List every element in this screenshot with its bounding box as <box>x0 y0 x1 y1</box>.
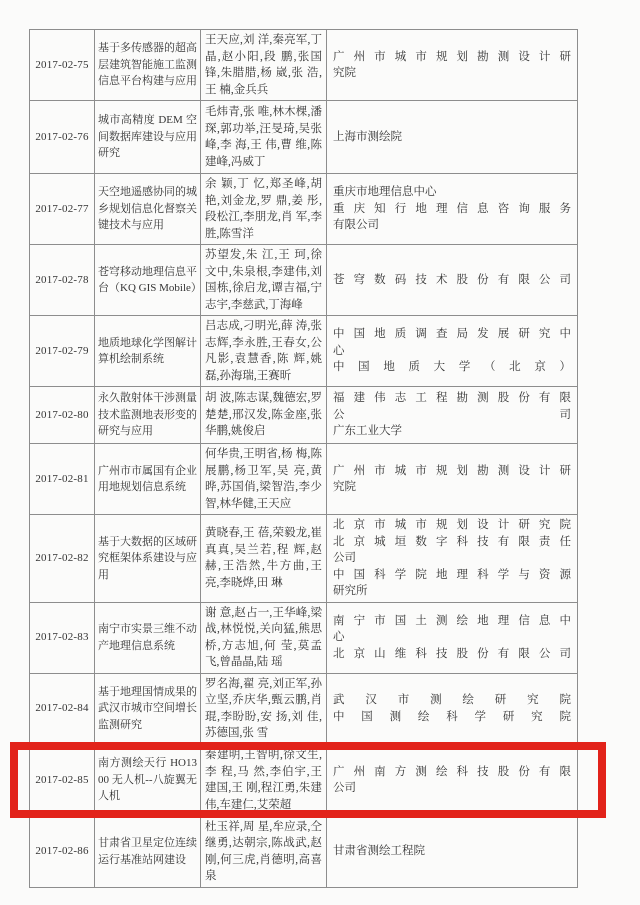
table-row: 2017-02-81 广州市市属国有企业用地规划信息系统 何华贵,王明省,杨 梅… <box>30 444 578 515</box>
award-id-cell: 2017-02-86 <box>30 816 95 887</box>
org-line: 公司 <box>333 780 571 797</box>
award-id-cell: 2017-02-75 <box>30 30 95 101</box>
project-title-cell: 南方测绘天行 HO1300 无人机--八旋翼无人机 <box>95 744 201 816</box>
organization: 甘肃省测绘工程院 <box>333 843 571 860</box>
org-line: 重庆知行地理信息咨询服务 <box>333 201 571 218</box>
table-row: 2017-02-85 南方测绘天行 HO1300 无人机--八旋翼无人机 秦建明… <box>30 744 578 816</box>
organization: 中国地质调查局发展研究中心 <box>333 326 571 359</box>
org-line: 广州市城市规划勘测设计研 <box>333 49 571 66</box>
org-line: 广东工业大学 <box>333 423 571 440</box>
table-row: 2017-02-79 地质地球化学图解计算机绘制系统 吕志成,刁明光,薛 涛,张… <box>30 316 578 387</box>
table-row: 2017-02-78 苍穹移动地理信息平台（KQ GIS Mobile） 苏望发… <box>30 245 578 316</box>
organization: 福建伟志工程勘测股份有限公司 <box>333 390 571 423</box>
org-line: 公司 <box>333 407 571 424</box>
award-id-cell: 2017-02-76 <box>30 101 95 174</box>
organization: 中国科学院地理科学与资源研究所 <box>333 567 571 600</box>
winners-cell: 余 颖,丁 忆,郑圣峰,胡 艳,刘金龙,罗 鼎,姜 彤,段松江,李朋龙,肖 军,… <box>201 174 327 245</box>
winners-cell: 秦建明,王智明,徐文生,李 程,马 然,李伯宇,王建国,王 刚,程江勇,朱建伟,… <box>201 744 327 816</box>
table-row: 2017-02-77 天空地遥感协同的城乡规划信息化督察关键技术与应用 余 颖,… <box>30 174 578 245</box>
organizations-cell: 上海市测绘院 <box>327 101 578 174</box>
winners-cell: 罗名海,翟 亮,刘正军,孙立坚,乔庆华,甄云鹏,肖 琨,李盼盼,安 扬,刘 佳,… <box>201 673 327 744</box>
organization: 广州市城市规划勘测设计研究院 <box>333 49 571 82</box>
organization: 广州市城市规划勘测设计研究院 <box>333 463 571 496</box>
award-id-cell: 2017-02-79 <box>30 316 95 387</box>
organization: 重庆知行地理信息咨询服务有限公司 <box>333 201 571 234</box>
org-line: 中国地质大学（北京） <box>333 359 571 376</box>
organizations-cell: 广州南方测绘科技股份有限公司 <box>327 744 578 816</box>
org-line: 中国地质调查局发展研究中 <box>333 326 571 343</box>
org-line: 苍穹数码技术股份有限公司 <box>333 272 571 289</box>
org-line: 北京山维科技股份有限公司 <box>333 646 571 663</box>
page: 2017-02-75 基于多传感器的超高层建筑智能施工监测信息平台构建与应用 王… <box>0 0 640 905</box>
org-line: 广州南方测绘科技股份有限 <box>333 764 571 781</box>
award-id-cell: 2017-02-83 <box>30 602 95 673</box>
organization: 中国测绘科学研究院 <box>333 709 571 726</box>
org-line: 公司 <box>333 550 571 567</box>
organization: 广州南方测绘科技股份有限公司 <box>333 764 571 797</box>
org-line: 北京城垣数字科技有限责任 <box>333 534 571 551</box>
org-line: 武汉市测绘研究院 <box>333 692 571 709</box>
org-line: 心 <box>333 343 571 360</box>
award-id-cell: 2017-02-77 <box>30 174 95 245</box>
project-title-cell: 甘肃省卫星定位连续运行基准站网建设 <box>95 816 201 887</box>
organization: 武汉市测绘研究院 <box>333 692 571 709</box>
org-line: 中国科学院地理科学与资源 <box>333 567 571 584</box>
award-id-cell: 2017-02-81 <box>30 444 95 515</box>
organization: 北京市城市规划设计研究院 <box>333 517 571 534</box>
organizations-cell: 广州市城市规划勘测设计研究院 <box>327 444 578 515</box>
org-line: 研究所 <box>333 583 571 600</box>
organization: 重庆市地理信息中心 <box>333 184 571 201</box>
awards-table: 2017-02-75 基于多传感器的超高层建筑智能施工监测信息平台构建与应用 王… <box>29 29 578 888</box>
winners-cell: 杜玉祥,周 星,牟应录,仝继勇,达朝宗,陈战武,赵 刚,何三虎,肖德明,高喜泉 <box>201 816 327 887</box>
organizations-cell: 广州市城市规划勘测设计研究院 <box>327 30 578 101</box>
table-row: 2017-02-82 基于大数据的区域研究框架体系建设与应用 黄晓春,王 蓓,荣… <box>30 515 578 603</box>
table-row: 2017-02-86 甘肃省卫星定位连续运行基准站网建设 杜玉祥,周 星,牟应录… <box>30 816 578 887</box>
organization: 北京城垣数字科技有限责任公司 <box>333 534 571 567</box>
org-line: 中国测绘科学研究院 <box>333 709 571 726</box>
project-title-cell: 基于大数据的区域研究框架体系建设与应用 <box>95 515 201 603</box>
organization: 苍穹数码技术股份有限公司 <box>333 272 571 289</box>
org-line: 广州市城市规划勘测设计研 <box>333 463 571 480</box>
organizations-cell: 南宁市国土测绘地理信息中心北京山维科技股份有限公司 <box>327 602 578 673</box>
table-row: 2017-02-76 城市高精度 DEM 空间数据库建设与应用研究 毛炜青,张 … <box>30 101 578 174</box>
winners-cell: 胡 波,陈志谋,魏德宏,罗楚楚,邢汉发,陈金座,张华鹏,姚俊启 <box>201 387 327 444</box>
organizations-cell: 重庆市地理信息中心重庆知行地理信息咨询服务有限公司 <box>327 174 578 245</box>
winners-cell: 王天应,刘 洋,秦亮军,丁 晶,赵小阳,段 鹏,张国锋,朱腊腊,杨 崴,张 浩,… <box>201 30 327 101</box>
table-row: 2017-02-83 南宁市实景三维不动产地理信息系统 谢 意,赵占一,王华峰,… <box>30 602 578 673</box>
award-id-cell: 2017-02-78 <box>30 245 95 316</box>
project-title-cell: 广州市市属国有企业用地规划信息系统 <box>95 444 201 515</box>
award-id-cell: 2017-02-80 <box>30 387 95 444</box>
project-title-cell: 基于多传感器的超高层建筑智能施工监测信息平台构建与应用 <box>95 30 201 101</box>
organization: 北京山维科技股份有限公司 <box>333 646 571 663</box>
organizations-cell: 福建伟志工程勘测股份有限公司广东工业大学 <box>327 387 578 444</box>
org-line: 心 <box>333 629 571 646</box>
organizations-cell: 甘肃省测绘工程院 <box>327 816 578 887</box>
winners-cell: 何华贵,王明省,杨 梅,陈展鹏,杨卫军,吴 亮,黄 晔,苏国俏,梁智浩,李少智,… <box>201 444 327 515</box>
organization: 南宁市国土测绘地理信息中心 <box>333 613 571 646</box>
project-title-cell: 苍穹移动地理信息平台（KQ GIS Mobile） <box>95 245 201 316</box>
winners-cell: 黄晓春,王 蓓,荣毅龙,崔真真,吴兰若,程 辉,赵 赫,王浩然,牛方曲,王 亮,… <box>201 515 327 603</box>
table-row: 2017-02-84 基于地理国情成果的武汉市城市空间增长监测研究 罗名海,翟 … <box>30 673 578 744</box>
organization: 中国地质大学（北京） <box>333 359 571 376</box>
org-line: 有限公司 <box>333 217 571 234</box>
project-title-cell: 地质地球化学图解计算机绘制系统 <box>95 316 201 387</box>
org-line: 南宁市国土测绘地理信息中 <box>333 613 571 630</box>
organizations-cell: 苍穹数码技术股份有限公司 <box>327 245 578 316</box>
table-row: 2017-02-75 基于多传感器的超高层建筑智能施工监测信息平台构建与应用 王… <box>30 30 578 101</box>
award-id-cell: 2017-02-82 <box>30 515 95 603</box>
org-line: 究院 <box>333 479 571 496</box>
project-title-cell: 永久散射体干涉测量技术监测地表形变的研究与应用 <box>95 387 201 444</box>
org-line: 上海市测绘院 <box>333 129 571 146</box>
organizations-cell: 中国地质调查局发展研究中心中国地质大学（北京） <box>327 316 578 387</box>
org-line: 北京市城市规划设计研究院 <box>333 517 571 534</box>
org-line: 究院 <box>333 65 571 82</box>
winners-cell: 苏望发,朱 江,王 珂,徐文中,朱泉根,李建伟,刘国栋,徐启龙,谭吉福,宁志宇,… <box>201 245 327 316</box>
organization: 广东工业大学 <box>333 423 571 440</box>
project-title-cell: 基于地理国情成果的武汉市城市空间增长监测研究 <box>95 673 201 744</box>
org-line: 福建伟志工程勘测股份有限 <box>333 390 571 407</box>
award-id-cell: 2017-02-85 <box>30 744 95 816</box>
organization: 上海市测绘院 <box>333 129 571 146</box>
project-title-cell: 南宁市实景三维不动产地理信息系统 <box>95 602 201 673</box>
org-line: 甘肃省测绘工程院 <box>333 843 571 860</box>
award-id-cell: 2017-02-84 <box>30 673 95 744</box>
project-title-cell: 天空地遥感协同的城乡规划信息化督察关键技术与应用 <box>95 174 201 245</box>
winners-cell: 吕志成,刁明光,薛 涛,张志辉,李永胜,王春女,公凡影,袁慧香,陈 辉,姚 磊,… <box>201 316 327 387</box>
winners-cell: 谢 意,赵占一,王华峰,梁 战,林悦悦,关向猛,熊思桥,方志旭,何 莹,莫孟飞,… <box>201 602 327 673</box>
winners-cell: 毛炜青,张 唯,林木棵,潘 琛,郭功举,汪旻琦,吴张峰,李 海,王 伟,曹 维,… <box>201 101 327 174</box>
organizations-cell: 北京市城市规划设计研究院北京城垣数字科技有限责任公司中国科学院地理科学与资源研究… <box>327 515 578 603</box>
project-title-cell: 城市高精度 DEM 空间数据库建设与应用研究 <box>95 101 201 174</box>
org-line: 重庆市地理信息中心 <box>333 184 571 201</box>
table-body: 2017-02-75 基于多传感器的超高层建筑智能施工监测信息平台构建与应用 王… <box>30 30 578 888</box>
organizations-cell: 武汉市测绘研究院中国测绘科学研究院 <box>327 673 578 744</box>
table-row: 2017-02-80 永久散射体干涉测量技术监测地表形变的研究与应用 胡 波,陈… <box>30 387 578 444</box>
